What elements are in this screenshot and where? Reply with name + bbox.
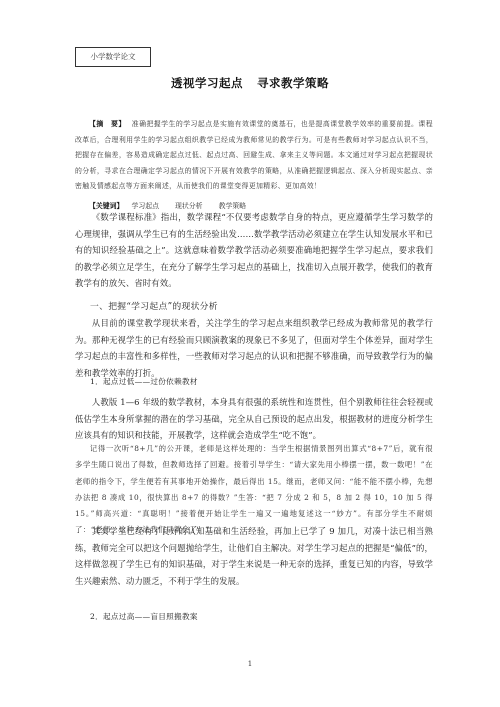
title-part-1: 透视学习起点 (171, 76, 243, 90)
intro-paragraph: 《数学课程标准》指出，数学课程“不仅要考虑数学自身的特点，更应遵循学生学习数学的… (75, 209, 433, 292)
paragraph-textbook: 人教版 1—6 年级的数学教材，本身具有很强的系统性和连贯性，但个别教师往往会轻… (75, 394, 433, 444)
category-tag: 小学数学论文 (75, 47, 151, 67)
subsection-heading-2: 2．起点过高——盲目照搬教案 (90, 611, 198, 622)
subsection-heading-1: 1．起点过低——过份依赖教材 (90, 376, 198, 387)
page-number: 1 (0, 660, 500, 668)
abstract-text: 准确把握学生的学习起点是实施有效课堂的奠基石，也是提高课堂教学效率的重要前提。课… (75, 120, 433, 190)
page-title: 透视学习起点寻求教学策略 (0, 75, 500, 91)
title-part-2: 寻求教学策略 (257, 76, 329, 90)
paragraph-analysis: 其实学生已经有了良好的认知基础和生活经验，再加上已学了 9 加几，对凑十法已相当… (75, 523, 433, 589)
abstract-label: 【摘 要】 (89, 120, 126, 128)
abstract: 【摘 要】准确把握学生的学习起点是实施有效课堂的奠基石，也是提高课堂教学效率的重… (75, 117, 433, 195)
paragraph-current-status: 从目前的课堂教学现状来看，关注学生的学习起点来组织教学已经成为教师常见的教学行为… (75, 315, 433, 381)
section-heading-1: 一、把握“学习起点”的现状分析 (90, 299, 218, 312)
